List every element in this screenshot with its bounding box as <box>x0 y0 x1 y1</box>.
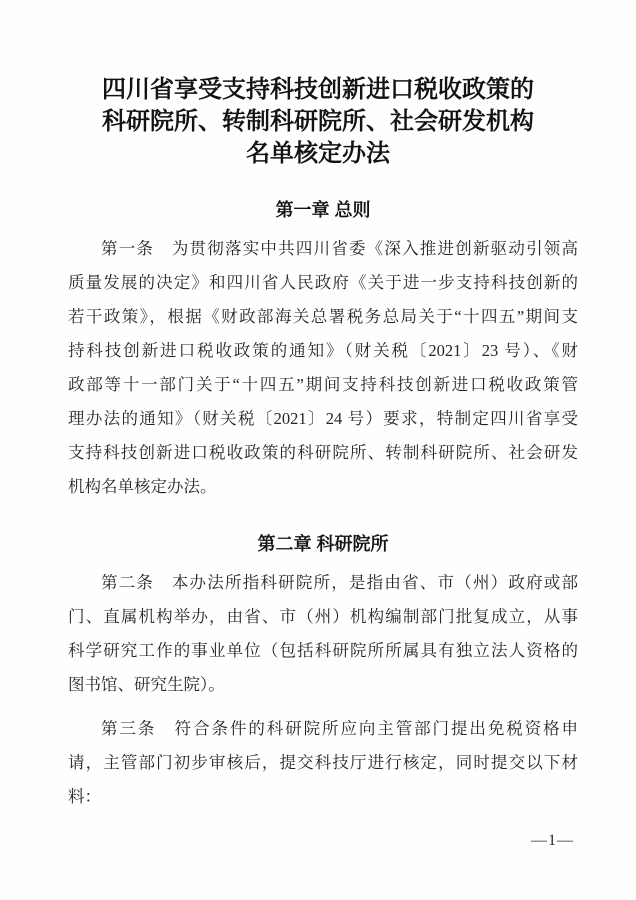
title-line-2: 科研院所、转制科研院所、社会研发机构 <box>44 106 592 138</box>
title-line-3: 名单核定办法 <box>44 138 592 170</box>
document-page: 四川省享受支持科技创新进口税收政策的 科研院所、转制科研院所、社会研发机构 名单… <box>0 0 636 900</box>
text-line: 支持科技创新进口税收政策的科研院所、转制科研院所、社会研发 <box>68 436 578 470</box>
text-line: 请，主管部门初步审核后，提交科技厅进行核定，同时提交以下材 <box>68 746 578 780</box>
text-line: 图书馆、研究生院）。 <box>68 668 578 702</box>
title-line-1: 四川省享受支持科技创新进口税收政策的 <box>44 74 592 106</box>
text-line: 第二条 本办法所指科研院所，是指由省、市（州）政府或部 <box>68 566 578 600</box>
text-line: 门、直属机构举办，由省、市（州）机构编制部门批复成立，从事 <box>68 600 578 634</box>
text-line: 机构名单核定办法。 <box>68 470 578 504</box>
text-line: 科学研究工作的事业单位（包括科研院所所属具有独立法人资格的 <box>68 634 578 668</box>
page-number: —1— <box>531 832 574 850</box>
document-title: 四川省享受支持科技创新进口税收政策的 科研院所、转制科研院所、社会研发机构 名单… <box>0 0 636 170</box>
text-line: 第三条 符合条件的科研院所应向主管部门提出免税资格申 <box>68 712 578 746</box>
text-line: 质量发展的决定》和四川省人民政府《关于进一步支持科技创新的 <box>68 266 578 300</box>
paragraph: 第三条 符合条件的科研院所应向主管部门提出免税资格申请，主管部门初步审核后，提交… <box>68 712 578 814</box>
document-body: 第一章 总则第一条 为贯彻落实中共四川省委《深入推进创新驱动引领高质量发展的决定… <box>0 198 636 814</box>
chapter-heading: 第一章 总则 <box>68 198 578 222</box>
text-line: 若干政策》，根据《财政部海关总署税务总局关于“十四五”期间支 <box>68 300 578 334</box>
text-line: 政部等十一部门关于“十四五”期间支持科技创新进口税收政策管 <box>68 368 578 402</box>
chapter-heading: 第二章 科研院所 <box>68 532 578 556</box>
paragraph: 第一条 为贯彻落实中共四川省委《深入推进创新驱动引领高质量发展的决定》和四川省人… <box>68 232 578 504</box>
text-line: 持科技创新进口税收政策的通知》（财关税〔2021〕23 号）、《财 <box>68 334 578 368</box>
text-line: 第一条 为贯彻落实中共四川省委《深入推进创新驱动引领高 <box>68 232 578 266</box>
text-line: 料： <box>68 780 578 814</box>
paragraph: 第二条 本办法所指科研院所，是指由省、市（州）政府或部门、直属机构举办，由省、市… <box>68 566 578 702</box>
text-line: 理办法的通知》（财关税〔2021〕24 号）要求，特制定四川省享受 <box>68 402 578 436</box>
